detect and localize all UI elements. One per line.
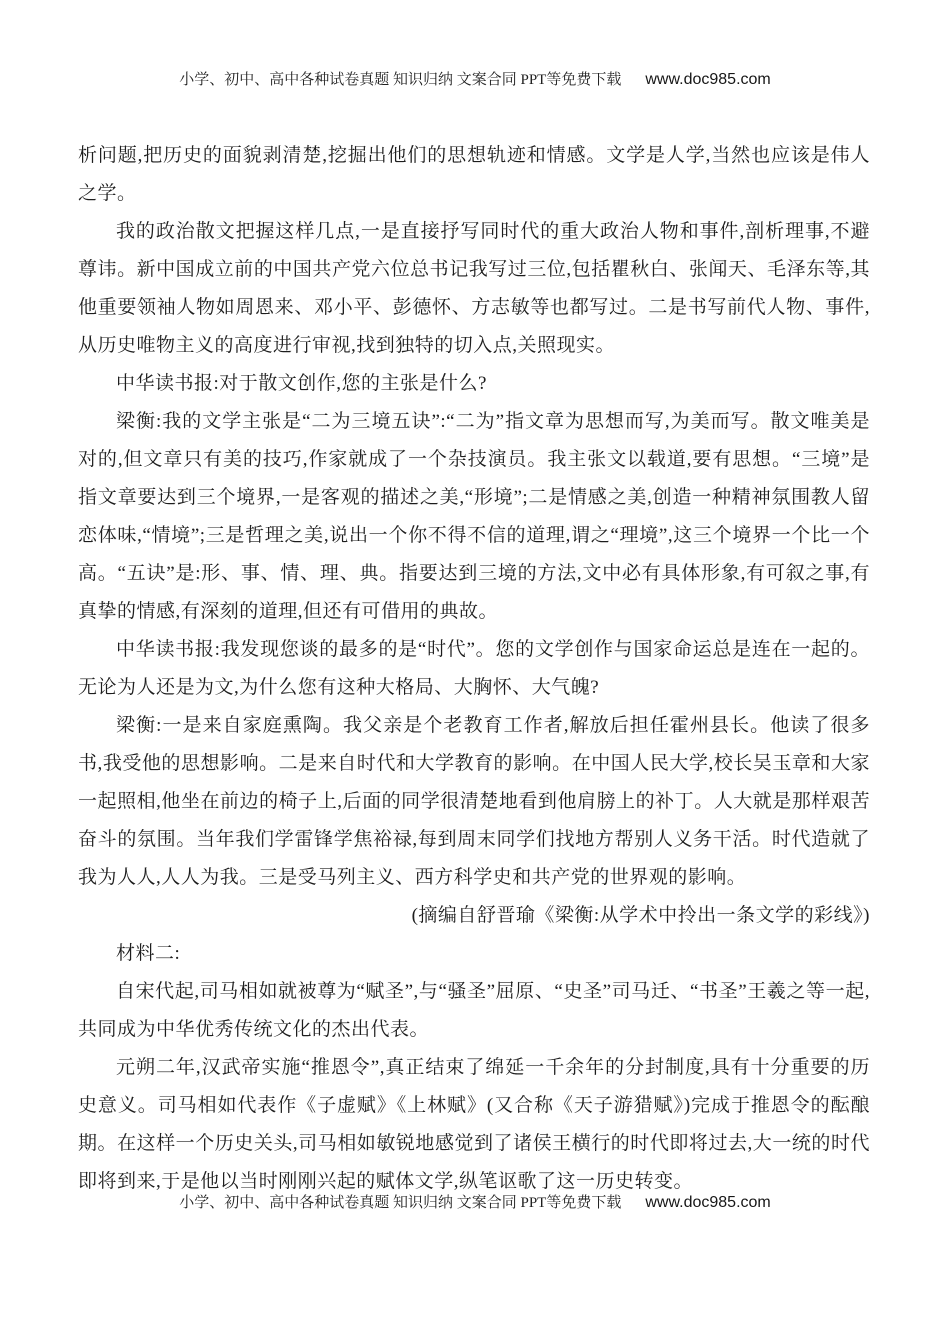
document-body: 析问题,把历史的面貌剥清楚,挖掘出他们的思想轨迹和情感。文学是人学,当然也应该是… [78, 137, 870, 1201]
paragraph-interviewee-answer: 梁衡:一是来自家庭熏陶。我父亲是个老教育工作者,解放后担任霍州县长。他读了很多书… [78, 707, 870, 897]
page-header: 小学、初中、高中各种试卷真题 知识归纳 文案合同 PPT等免费下载www.doc… [0, 68, 950, 89]
paragraph: 元朔二年,汉武帝实施“推恩令”,真正结束了绵延一千余年的分封制度,具有十分重要的… [78, 1049, 870, 1201]
paragraph: 自宋代起,司马相如就被尊为“赋圣”,与“骚圣”屈原、“史圣”司马迁、“书圣”王羲… [78, 973, 870, 1049]
footer-site-url[interactable]: www.doc985.com [645, 1194, 770, 1211]
paragraph: 我的政治散文把握这样几点,一是直接抒写同时代的重大政治人物和事件,剖析理事,不避… [78, 213, 870, 365]
footer-promo-text: 小学、初中、高中各种试卷真题 知识归纳 文案合同 PPT等免费下载 [179, 1195, 621, 1211]
document-page: 小学、初中、高中各种试卷真题 知识归纳 文案合同 PPT等免费下载www.doc… [0, 0, 950, 1344]
header-promo-text: 小学、初中、高中各种试卷真题 知识归纳 文案合同 PPT等免费下载 [179, 72, 621, 88]
paragraph-continuation: 析问题,把历史的面貌剥清楚,挖掘出他们的思想轨迹和情感。文学是人学,当然也应该是… [78, 137, 870, 213]
paragraph-interviewee-answer: 梁衡:我的文学主张是“二为三境五诀”:“二为”指文章为思想而写,为美而写。散文唯… [78, 403, 870, 631]
paragraph-material-two-heading: 材料二: [78, 935, 870, 973]
paragraph-interviewer-question: 中华读书报:我发现您谈的最多的是“时代”。您的文学创作与国家命运总是连在一起的。… [78, 631, 870, 707]
header-site-url[interactable]: www.doc985.com [645, 71, 770, 88]
paragraph-interviewer-question: 中华读书报:对于散文创作,您的主张是什么? [78, 365, 870, 403]
page-footer: 小学、初中、高中各种试卷真题 知识归纳 文案合同 PPT等免费下载www.doc… [0, 1191, 950, 1212]
paragraph-source-citation: (摘编自舒晋瑜《梁衡:从学术中拎出一条文学的彩线》) [78, 897, 870, 935]
